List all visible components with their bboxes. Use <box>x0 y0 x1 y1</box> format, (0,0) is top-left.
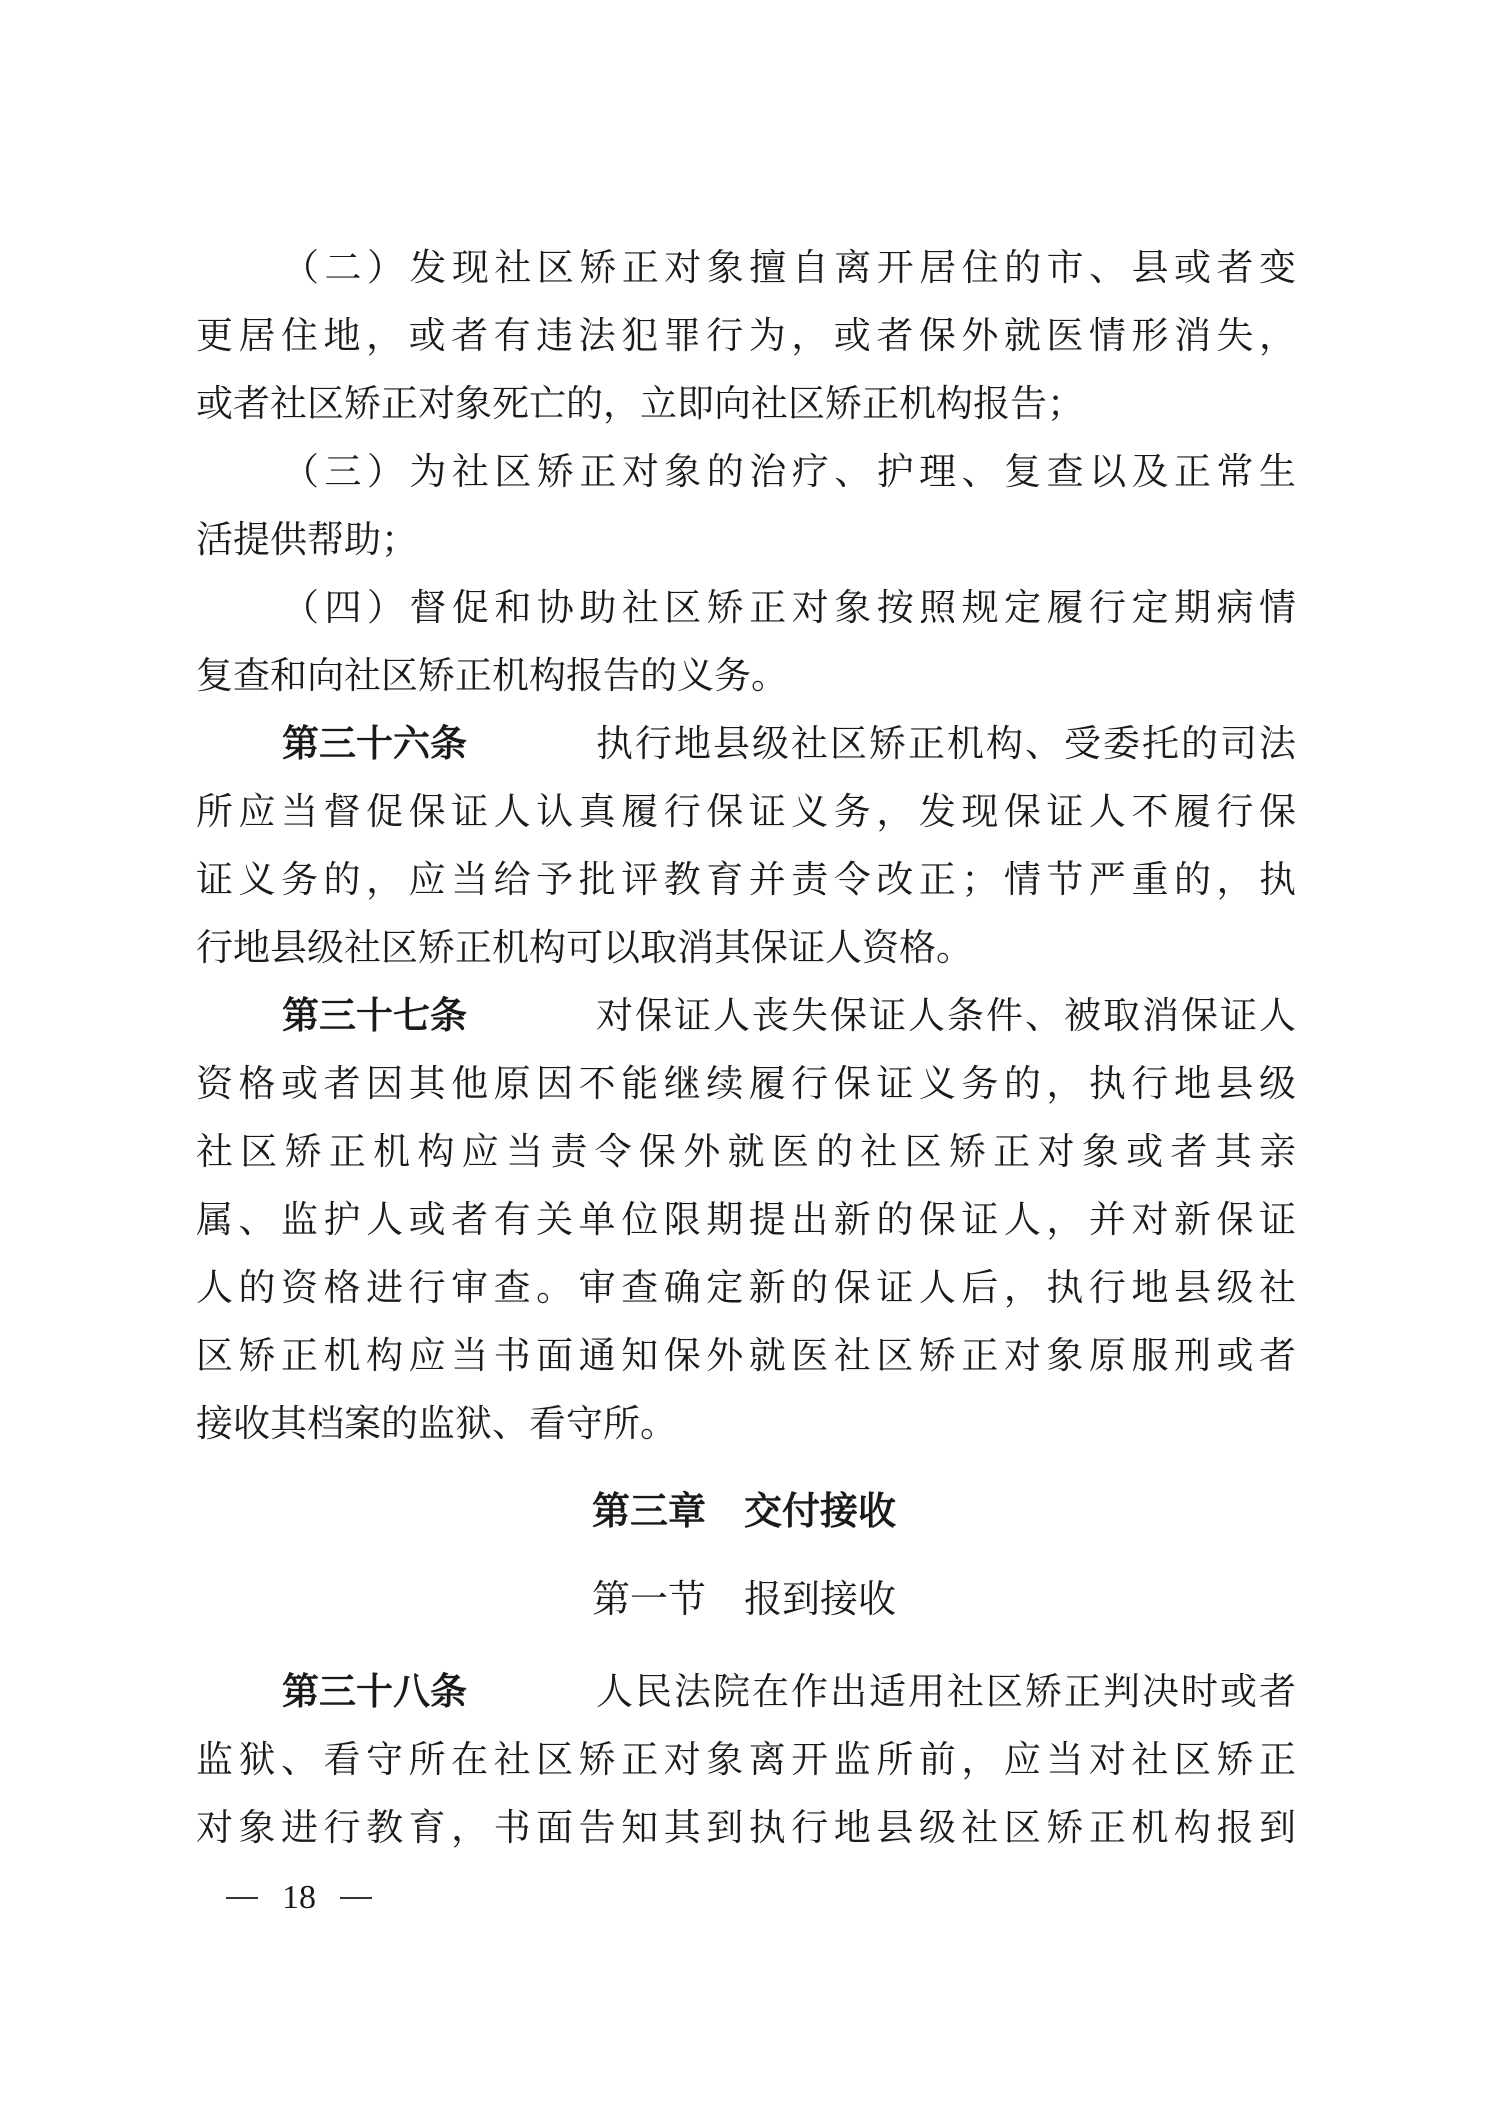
text-line: 人的资格进行审查。审查确定新的保证人后，执行地县级社 <box>196 1266 1296 1310</box>
section-heading: 第一节 报到接收 <box>0 1576 1488 1622</box>
page-footer: 18 <box>226 1878 372 1918</box>
chapter-heading: 第三章 交付接收 <box>0 1488 1488 1534</box>
text-line: （二）发现社区矫正对象擅自离开居住的市、县或者变 <box>282 246 1296 290</box>
text-line: 对象进行教育，书面告知其到执行地县级社区矫正机构报到 <box>196 1806 1296 1850</box>
text-line: 资格或者因其他原因不能继续履行保证义务的，执行地县级 <box>196 1062 1296 1106</box>
text-line: 行地县级社区矫正机构可以取消其保证人资格。 <box>196 926 1296 970</box>
text-line: 所应当督促保证人认真履行保证义务，发现保证人不履行保 <box>196 790 1296 834</box>
text-line: 或者社区矫正对象死亡的，立即向社区矫正机构报告； <box>196 382 1296 426</box>
text-line: 社区矫正机构应当责令保外就医的社区矫正对象或者其亲 <box>196 1130 1296 1174</box>
text-line: （三）为社区矫正对象的治疗、护理、复查以及正常生 <box>282 450 1296 494</box>
page-number: 18 <box>282 1878 316 1918</box>
article-number: 第三十八条 <box>282 1670 467 1714</box>
text-line: 属、监护人或者有关单位限期提出新的保证人，并对新保证 <box>196 1198 1296 1242</box>
text-line: 证义务的，应当给予批评教育并责令改正；情节严重的，执 <box>196 858 1296 902</box>
text-line: 区矫正机构应当书面通知保外就医社区矫正对象原服刑或者 <box>196 1334 1296 1378</box>
article-number: 第三十六条 <box>282 722 467 766</box>
dash-left <box>226 1897 258 1899</box>
article-38-first-line: 第三十八条 人民法院在作出适用社区矫正判决时或者 <box>282 1670 1296 1714</box>
article-37-first-line: 第三十七条 对保证人丧失保证人条件、被取消保证人 <box>282 994 1296 1038</box>
text-line: 监狱、看守所在社区矫正对象离开监所前，应当对社区矫正 <box>196 1738 1296 1782</box>
text-line: 执行地县级社区矫正机构、受委托的司法 <box>596 722 1296 766</box>
document-page: （二）发现社区矫正对象擅自离开居住的市、县或者变 更居住地，或者有违法犯罪行为，… <box>0 0 1488 2105</box>
text-line: 更居住地，或者有违法犯罪行为，或者保外就医情形消失， <box>196 314 1296 358</box>
text-line: 对保证人丧失保证人条件、被取消保证人 <box>596 994 1296 1038</box>
text-line: 复查和向社区矫正机构报告的义务。 <box>196 654 1296 698</box>
dash-right <box>340 1897 372 1899</box>
article-number: 第三十七条 <box>282 994 467 1038</box>
text-line: 接收其档案的监狱、看守所。 <box>196 1402 1296 1446</box>
article-36-first-line: 第三十六条 执行地县级社区矫正机构、受委托的司法 <box>282 722 1296 766</box>
text-line: （四）督促和协助社区矫正对象按照规定履行定期病情 <box>282 586 1296 630</box>
text-line: 活提供帮助； <box>196 518 1296 562</box>
text-line: 人民法院在作出适用社区矫正判决时或者 <box>596 1670 1296 1714</box>
